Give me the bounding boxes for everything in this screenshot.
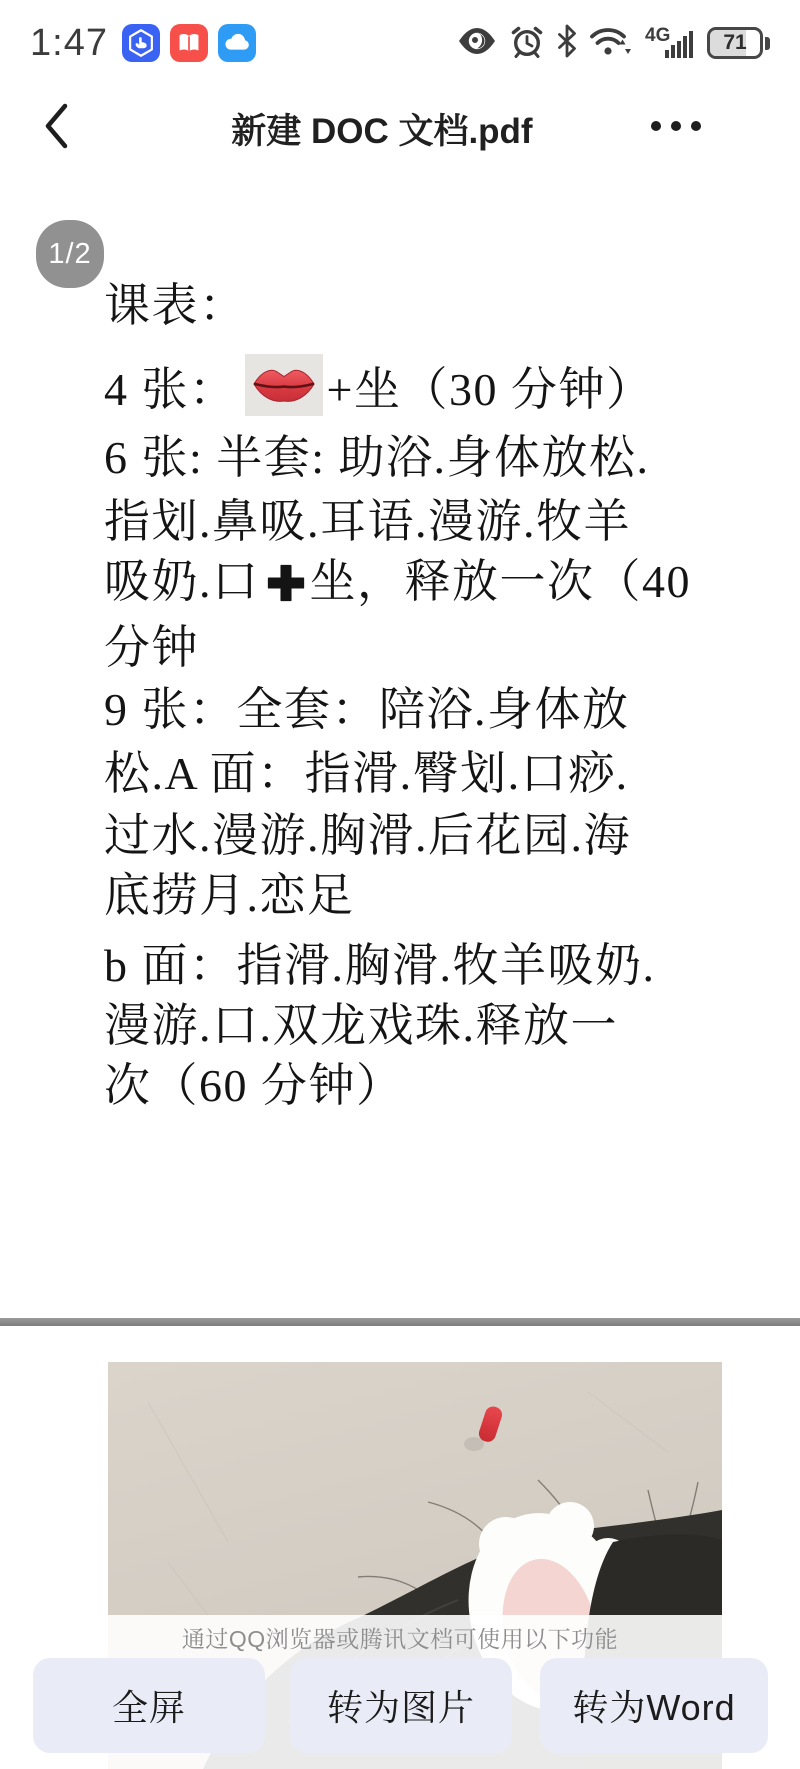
document-line: 6 张: 半套: 助浴.身体放松.: [104, 432, 650, 484]
document-text: 次（60 分钟）: [104, 1060, 404, 1112]
chevron-left-icon: [41, 100, 71, 152]
document-line: 指划.鼻吸.耳语.漫游.牧羊: [104, 496, 631, 548]
convert-to-word-button[interactable]: 转为Word: [540, 1658, 768, 1753]
cloud-app-icon: [218, 24, 256, 62]
heavy-plus-icon: [266, 563, 306, 603]
status-bar: 1:47: [0, 14, 800, 72]
document-line: 课表：: [104, 280, 247, 332]
document-title: 新建 DOC 文档.pdf: [231, 104, 532, 154]
feature-hint-text: 通过QQ浏览器或腾讯文档可使用以下功能: [0, 1621, 800, 1654]
page-divider: [0, 1318, 800, 1326]
book-app-icon: [170, 24, 208, 62]
document-line: 过水.漫游.胸滑.后花园.海: [104, 810, 631, 862]
wifi-icon: [589, 25, 633, 62]
document-text: b 面：指滑.胸滑.牧羊吸奶.: [104, 940, 656, 992]
document-text: 坐，释放一次（40: [310, 556, 692, 608]
document-line: 分钟: [104, 622, 199, 674]
battery-percent: 71: [710, 30, 760, 56]
document-line: 吸奶.口坐，释放一次（40: [104, 556, 691, 608]
status-time: 1:47: [30, 22, 108, 65]
alarm-icon: [509, 23, 545, 64]
document-line: 9 张：全套：陪浴.身体放: [104, 684, 630, 736]
back-button[interactable]: [34, 98, 78, 154]
document-text: 课表：: [104, 280, 247, 332]
document-text: 吸奶.口: [104, 556, 260, 608]
fullscreen-button[interactable]: 全屏: [33, 1658, 265, 1753]
screen: 1:47: [0, 0, 800, 1769]
document-text: 指划.鼻吸.耳语.漫游.牧羊: [104, 496, 631, 548]
document-text: 分钟: [104, 622, 199, 674]
document-line: 次（60 分钟）: [104, 1060, 404, 1112]
convert-to-image-button[interactable]: 转为图片: [290, 1658, 512, 1753]
document-line: 松.A 面：指滑.臀划.口痧.: [104, 748, 629, 800]
document-text: 漫游.口.双龙戏珠.释放一: [104, 1000, 618, 1052]
document-text: +坐（30 分钟）: [327, 364, 654, 416]
ellipsis-icon: [649, 120, 703, 132]
status-bar-right: 4G 71: [457, 23, 770, 64]
bluetooth-icon: [557, 24, 577, 63]
more-options-button[interactable]: [644, 104, 708, 148]
hand-hexagon-app-icon: [122, 24, 160, 62]
document-line: 4 张：+坐（30 分钟）: [104, 354, 653, 416]
document-text: 6 张: 半套: 助浴.身体放松.: [104, 432, 650, 484]
signal-4g-icon: 4G: [645, 25, 695, 61]
document-line: 漫游.口.双龙戏珠.释放一: [104, 1000, 618, 1052]
document-text: 过水.漫游.胸滑.后花园.海: [104, 810, 631, 862]
status-bar-left: 1:47: [30, 22, 256, 65]
document-text: 4 张：: [104, 364, 237, 416]
document-text: 松.A 面：指滑.臀划.口痧.: [104, 748, 629, 800]
battery-nub: [765, 37, 770, 50]
battery-indicator: 71: [707, 27, 770, 59]
bottom-action-sheet: 通过QQ浏览器或腾讯文档可使用以下功能 全屏 转为图片 转为Word: [0, 1615, 800, 1769]
lips-emoji: [245, 354, 323, 416]
header: 新建 DOC 文档.pdf: [0, 86, 800, 164]
document-line: 底捞月.恋足: [104, 870, 355, 922]
eye-protection-icon: [457, 27, 497, 60]
document-line: b 面：指滑.胸滑.牧羊吸奶.: [104, 940, 656, 992]
page-indicator-badge: 1/2: [36, 220, 104, 288]
document-text: 底捞月.恋足: [104, 870, 355, 922]
document-text: 9 张：全套：陪浴.身体放: [104, 684, 630, 736]
